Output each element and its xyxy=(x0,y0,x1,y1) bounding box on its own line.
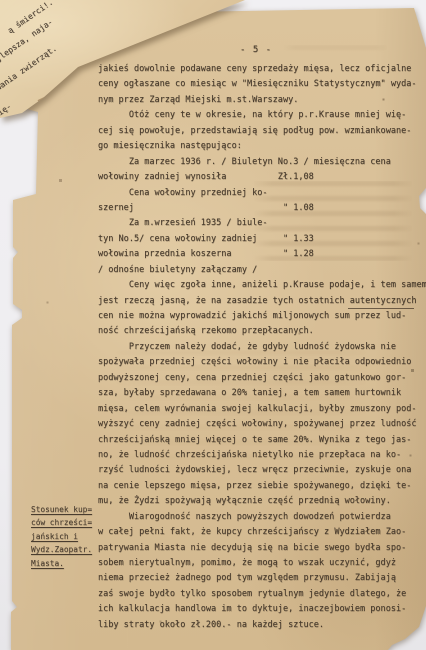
corner-fragment-line: ię- xyxy=(0,102,13,118)
text-line: sobem nierytualnym, pomimo, że mogą to w… xyxy=(98,556,426,571)
text-line: tyn No.5/ cena wołowiny zadniej " 1.33 xyxy=(98,232,426,247)
margin-note-line: Miasta. xyxy=(31,557,92,570)
text-line: wołowina przednia koszerna " 1.28 xyxy=(98,247,426,262)
text-line: / odnośne biuletyny załączamy / xyxy=(98,263,426,278)
text-line: podwyższonej ceny, cena przedniej części… xyxy=(98,371,426,386)
text-line: Wiarogodność naszych powyższych dowodzeń… xyxy=(98,510,426,525)
text-line: Ceny więc zgoła inne, aniżeli p.Krause p… xyxy=(98,278,426,293)
typed-text: jakieś dowolnie podawane ceny sprzedaży … xyxy=(98,62,426,633)
text-line: chrześcijańską mniej więcej o te same 20… xyxy=(98,433,426,448)
text-line: sza, byłaby sprzedawana o 20% taniej, a … xyxy=(98,386,426,401)
text-line: mu, że Żydzi spożywają wyłącznie część p… xyxy=(98,494,426,509)
text-line: ich kalkulacja handlowa im to dyktuje, i… xyxy=(98,602,426,617)
bleedthrough-smudge xyxy=(283,45,388,57)
margin-note: Stosunek kup=ców chrześci=jańskich iWydz… xyxy=(31,503,92,570)
underline-mark xyxy=(348,308,414,309)
text-line: mięsa, celem wyrównania swojej kalkulacj… xyxy=(98,402,426,417)
text-line: no, że ludność chrześcijańska nietylko n… xyxy=(98,448,426,463)
margin-note-line: Stosunek kup= xyxy=(31,503,92,516)
text-line: Za m.wrzesień 1935 / biule- xyxy=(98,216,426,231)
text-line: patrywania Miasta nie decydują się na bi… xyxy=(98,541,426,556)
text-line: jest rzeczą jasną, że na zasadzie tych o… xyxy=(98,294,426,309)
text-line: Cena wołowiny przedniej ko- xyxy=(98,186,426,201)
torn-edge xyxy=(38,8,232,102)
text-line: Przyczem należy dodać, że gdyby ludność … xyxy=(98,340,426,355)
text-line: ność chrześcijańską rzekomo przepłacanyc… xyxy=(98,324,426,339)
text-line: liby straty około zł.200.- na każdej szt… xyxy=(98,618,426,633)
text-line: niema przecież żadnego pod tym względem … xyxy=(98,571,426,586)
text-line: Za marzec 1936 r. / Biuletyn No.3 / mies… xyxy=(98,155,426,170)
text-line: wołowiny zadniej wynosiła Zł.1,08 xyxy=(98,170,426,185)
text-line: rzyść ludności żydowskiej, lecz wręcz pr… xyxy=(98,463,426,478)
text-line: na cenie lepszego mięsa, przez siebie sp… xyxy=(98,479,426,494)
scan-background: - 5 - jakieś dowolnie podawane ceny sprz… xyxy=(0,0,426,650)
margin-note-line: jańskich i xyxy=(31,530,92,543)
text-line: cej się powołuje, przedstawiają się podł… xyxy=(98,124,426,139)
text-line: cen nie można wyprowadzić jakichś miljon… xyxy=(98,309,426,324)
text-line: go miesięcznika następująco: xyxy=(98,139,426,154)
text-line: spożywała przedniej części wołowiny i ni… xyxy=(98,355,426,370)
text-line: w całej pełni fakt, że kupcy chrześcijań… xyxy=(98,525,426,540)
margin-note-line: Wydz.Zaopatr. xyxy=(31,543,92,556)
text-line: szernej " 1.08 xyxy=(98,201,426,216)
text-line: zaś swoje bydło tylko sposobem rytualnym… xyxy=(98,587,426,602)
corner-fragment-wrap: ą śmierci!.jlepsza, naja-rwania zwierząt… xyxy=(0,0,260,125)
corner-fragment: ą śmierci!.jlepsza, naja-rwania zwierząt… xyxy=(0,0,260,125)
margin-note-line: ców chrześci= xyxy=(31,516,92,529)
text-line: wyższyć ceny zadniej części wołowiny, sp… xyxy=(98,417,426,432)
